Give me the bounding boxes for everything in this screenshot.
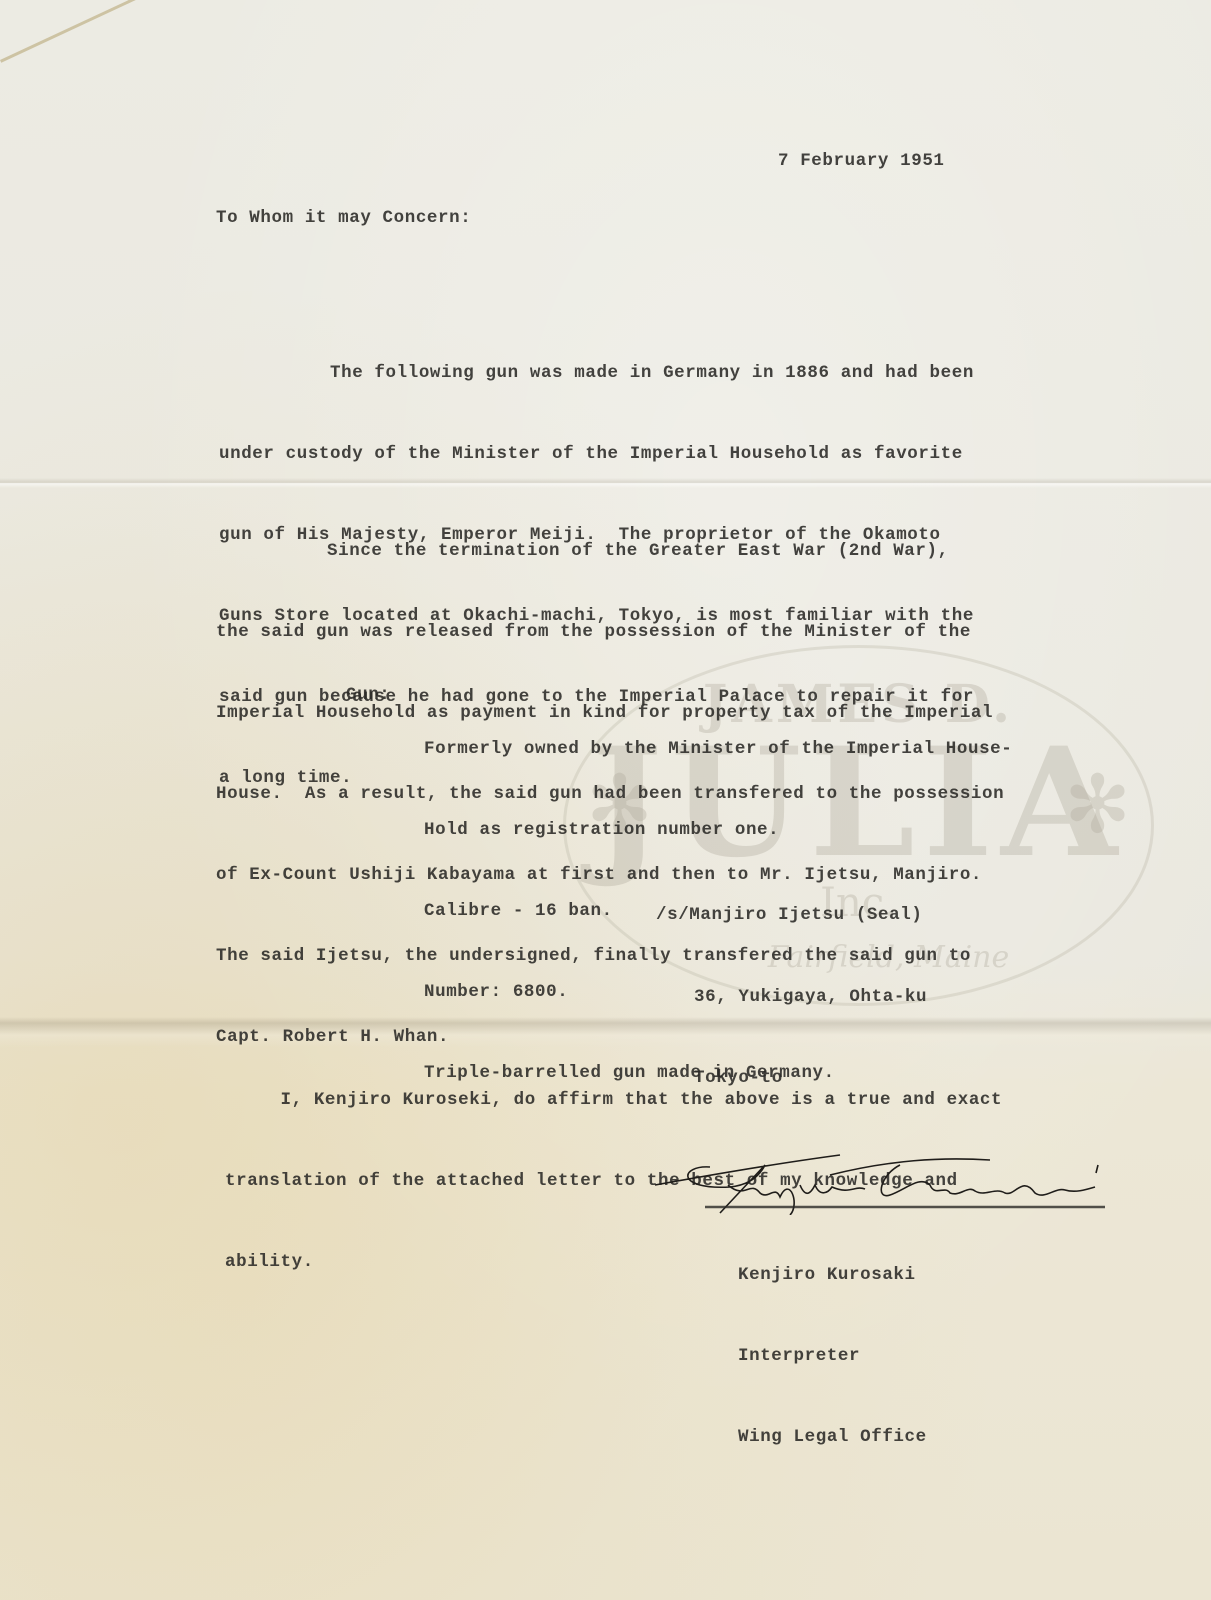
salutation: To Whom it may Concern: bbox=[216, 205, 471, 232]
signatory-2-block: Kenjiro Kurosaki Interpreter Wing Legal … bbox=[738, 1208, 927, 1505]
gun-detail-line: Formerly owned by the Minister of the Im… bbox=[424, 736, 1012, 763]
signatory-title: Interpreter bbox=[738, 1343, 927, 1370]
signatory-1-signature: /s/Manjiro Ijetsu (Seal) bbox=[656, 902, 922, 929]
text-line: Since the termination of the Greater Eas… bbox=[216, 538, 1004, 565]
gun-label: Gun: bbox=[346, 682, 390, 709]
watermark-star-icon: ✻ bbox=[1064, 758, 1131, 851]
address-line: 36, Yukigaya, Ohta-ku bbox=[694, 984, 927, 1011]
signatory-office: Wing Legal Office bbox=[738, 1424, 927, 1451]
text-line: The following gun was made in Germany in… bbox=[219, 360, 974, 387]
text-line: the said gun was released from the posse… bbox=[216, 619, 1004, 646]
text-line: under custody of the Minister of the Imp… bbox=[219, 441, 974, 468]
letter-date: 7 February 1951 bbox=[778, 148, 945, 175]
signatory-name: Kenjiro Kurosaki bbox=[738, 1262, 927, 1289]
text-line: I, Kenjiro Kuroseki, do affirm that the … bbox=[225, 1087, 1002, 1114]
paper-crease bbox=[0, 0, 164, 63]
gun-detail-line: Hold as registration number one. bbox=[424, 817, 1012, 844]
handwritten-signature bbox=[650, 1145, 1110, 1215]
letter-page: JAMES D. ✻ JULIA ✻ Inc. Fairfield, Maine… bbox=[0, 0, 1211, 1600]
